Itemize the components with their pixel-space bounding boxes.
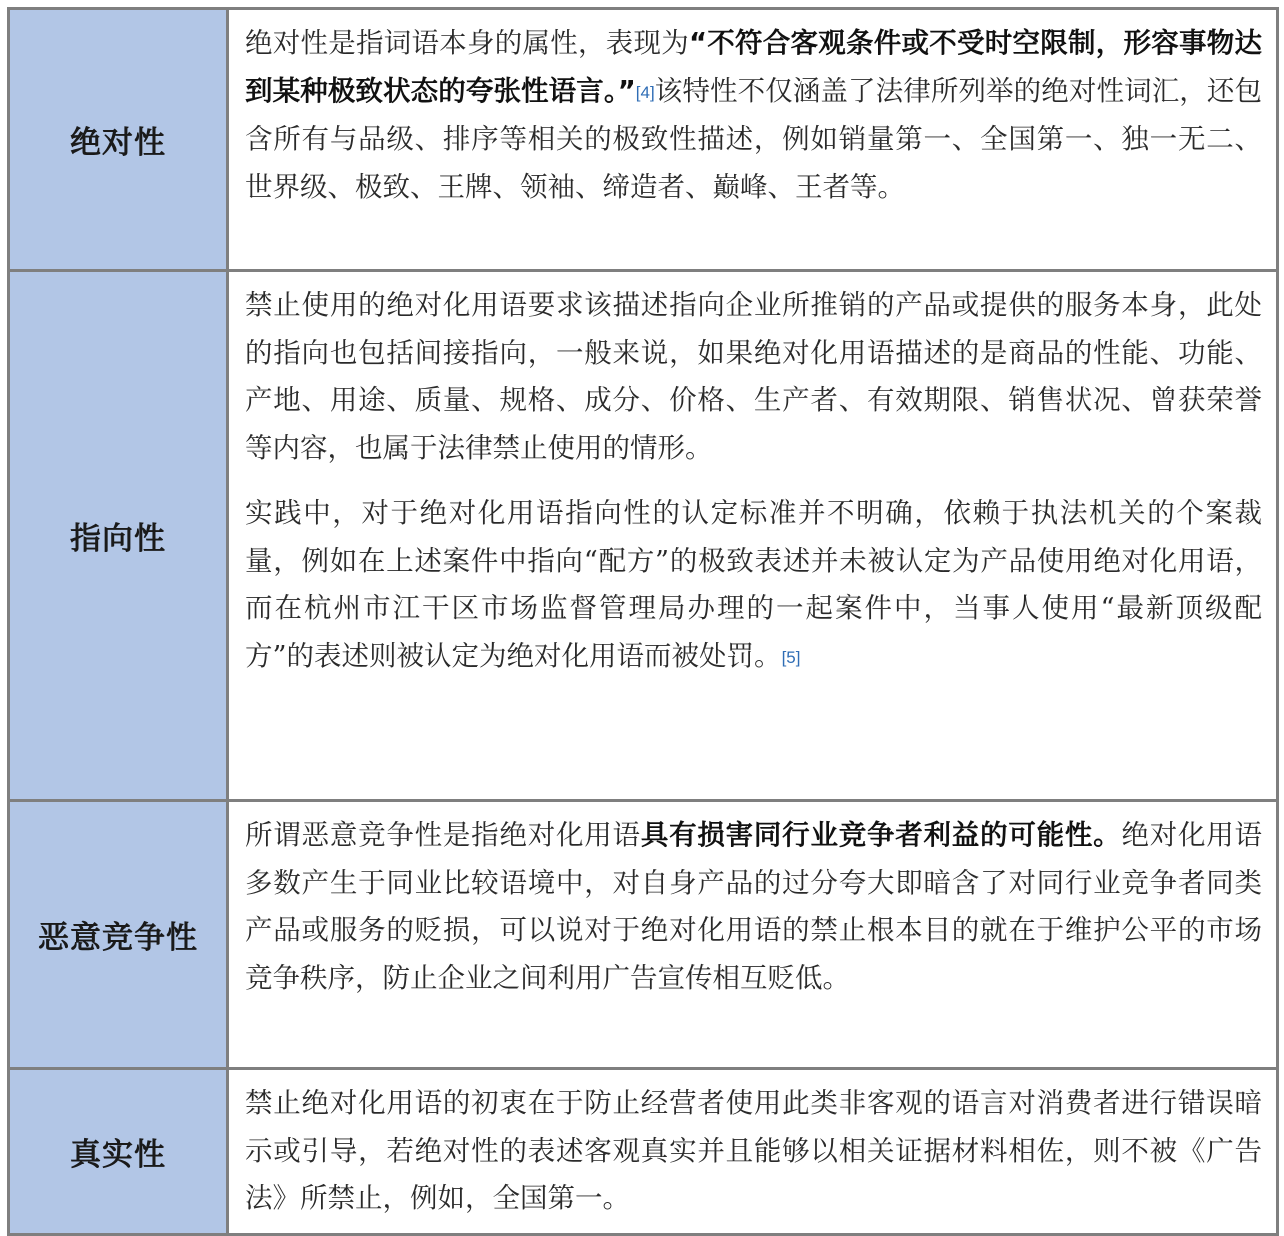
paragraph: 禁止绝对化用语的初衷在于防止经营者使用此类非客观的语言对消费者进行错误暗示或引导… (245, 1080, 1262, 1223)
text-segment: 实践中，对于绝对化用语指向性的认定标准并不明确，依赖于执法机关的个案裁量，例如在… (245, 497, 1262, 672)
table-row-malicious-competition: 恶意竞争性 所谓恶意竞争性是指绝对化用语具有损害同行业竞争者利益的可能性。绝对化… (10, 799, 1276, 1067)
row-content: 禁止使用的绝对化用语要求该描述指向企业所推销的产品或提供的服务本身，此处的指向也… (229, 272, 1276, 799)
text-segment: 绝对性是指词语本身的属性，表现为 (245, 27, 689, 59)
text-segment: 禁止绝对化用语的初衷在于防止经营者使用此类非客观的语言对消费者进行错误暗示或引导… (245, 1087, 1262, 1214)
row-label: 恶意竞争性 (10, 802, 229, 1067)
row-content: 所谓恶意竞争性是指绝对化用语具有损害同行业竞争者利益的可能性。绝对化用语多数产生… (229, 802, 1276, 1067)
table-row-absoluteness: 绝对性 绝对性是指词语本身的属性，表现为“不符合客观条件或不受时空限制，形容事物… (10, 10, 1276, 269)
table-row-authenticity: 真实性 禁止绝对化用语的初衷在于防止经营者使用此类非客观的语言对消费者进行错误暗… (10, 1067, 1276, 1233)
paragraph: 禁止使用的绝对化用语要求该描述指向企业所推销的产品或提供的服务本身，此处的指向也… (245, 282, 1262, 472)
row-content: 绝对性是指词语本身的属性，表现为“不符合客观条件或不受时空限制，形容事物达到某种… (229, 10, 1276, 269)
row-label: 指向性 (10, 272, 229, 799)
text-segment: 所谓恶意竞争性是指绝对化用语 (245, 819, 641, 851)
row-label: 绝对性 (10, 10, 229, 269)
characteristics-table: 绝对性 绝对性是指词语本身的属性，表现为“不符合客观条件或不受时空限制，形容事物… (7, 7, 1279, 1236)
footnote-ref-5[interactable]: [5] (782, 648, 801, 667)
paragraph: 绝对性是指词语本身的属性，表现为“不符合客观条件或不受时空限制，形容事物达到某种… (245, 20, 1262, 211)
row-label: 真实性 (10, 1070, 229, 1233)
paragraph: 所谓恶意竞争性是指绝对化用语具有损害同行业竞争者利益的可能性。绝对化用语多数产生… (245, 812, 1262, 1002)
paragraph: 实践中，对于绝对化用语指向性的认定标准并不明确，依赖于执法机关的个案裁量，例如在… (245, 490, 1262, 681)
bold-phrase: 具有损害同行业竞争者利益的可能性。 (641, 819, 1122, 851)
footnote-ref-4[interactable]: [4] (636, 83, 655, 102)
row-content: 禁止绝对化用语的初衷在于防止经营者使用此类非客观的语言对消费者进行错误暗示或引导… (229, 1070, 1276, 1233)
text-segment: 禁止使用的绝对化用语要求该描述指向企业所推销的产品或提供的服务本身，此处的指向也… (245, 289, 1262, 464)
table-row-directivity: 指向性 禁止使用的绝对化用语要求该描述指向企业所推销的产品或提供的服务本身，此处… (10, 269, 1276, 799)
